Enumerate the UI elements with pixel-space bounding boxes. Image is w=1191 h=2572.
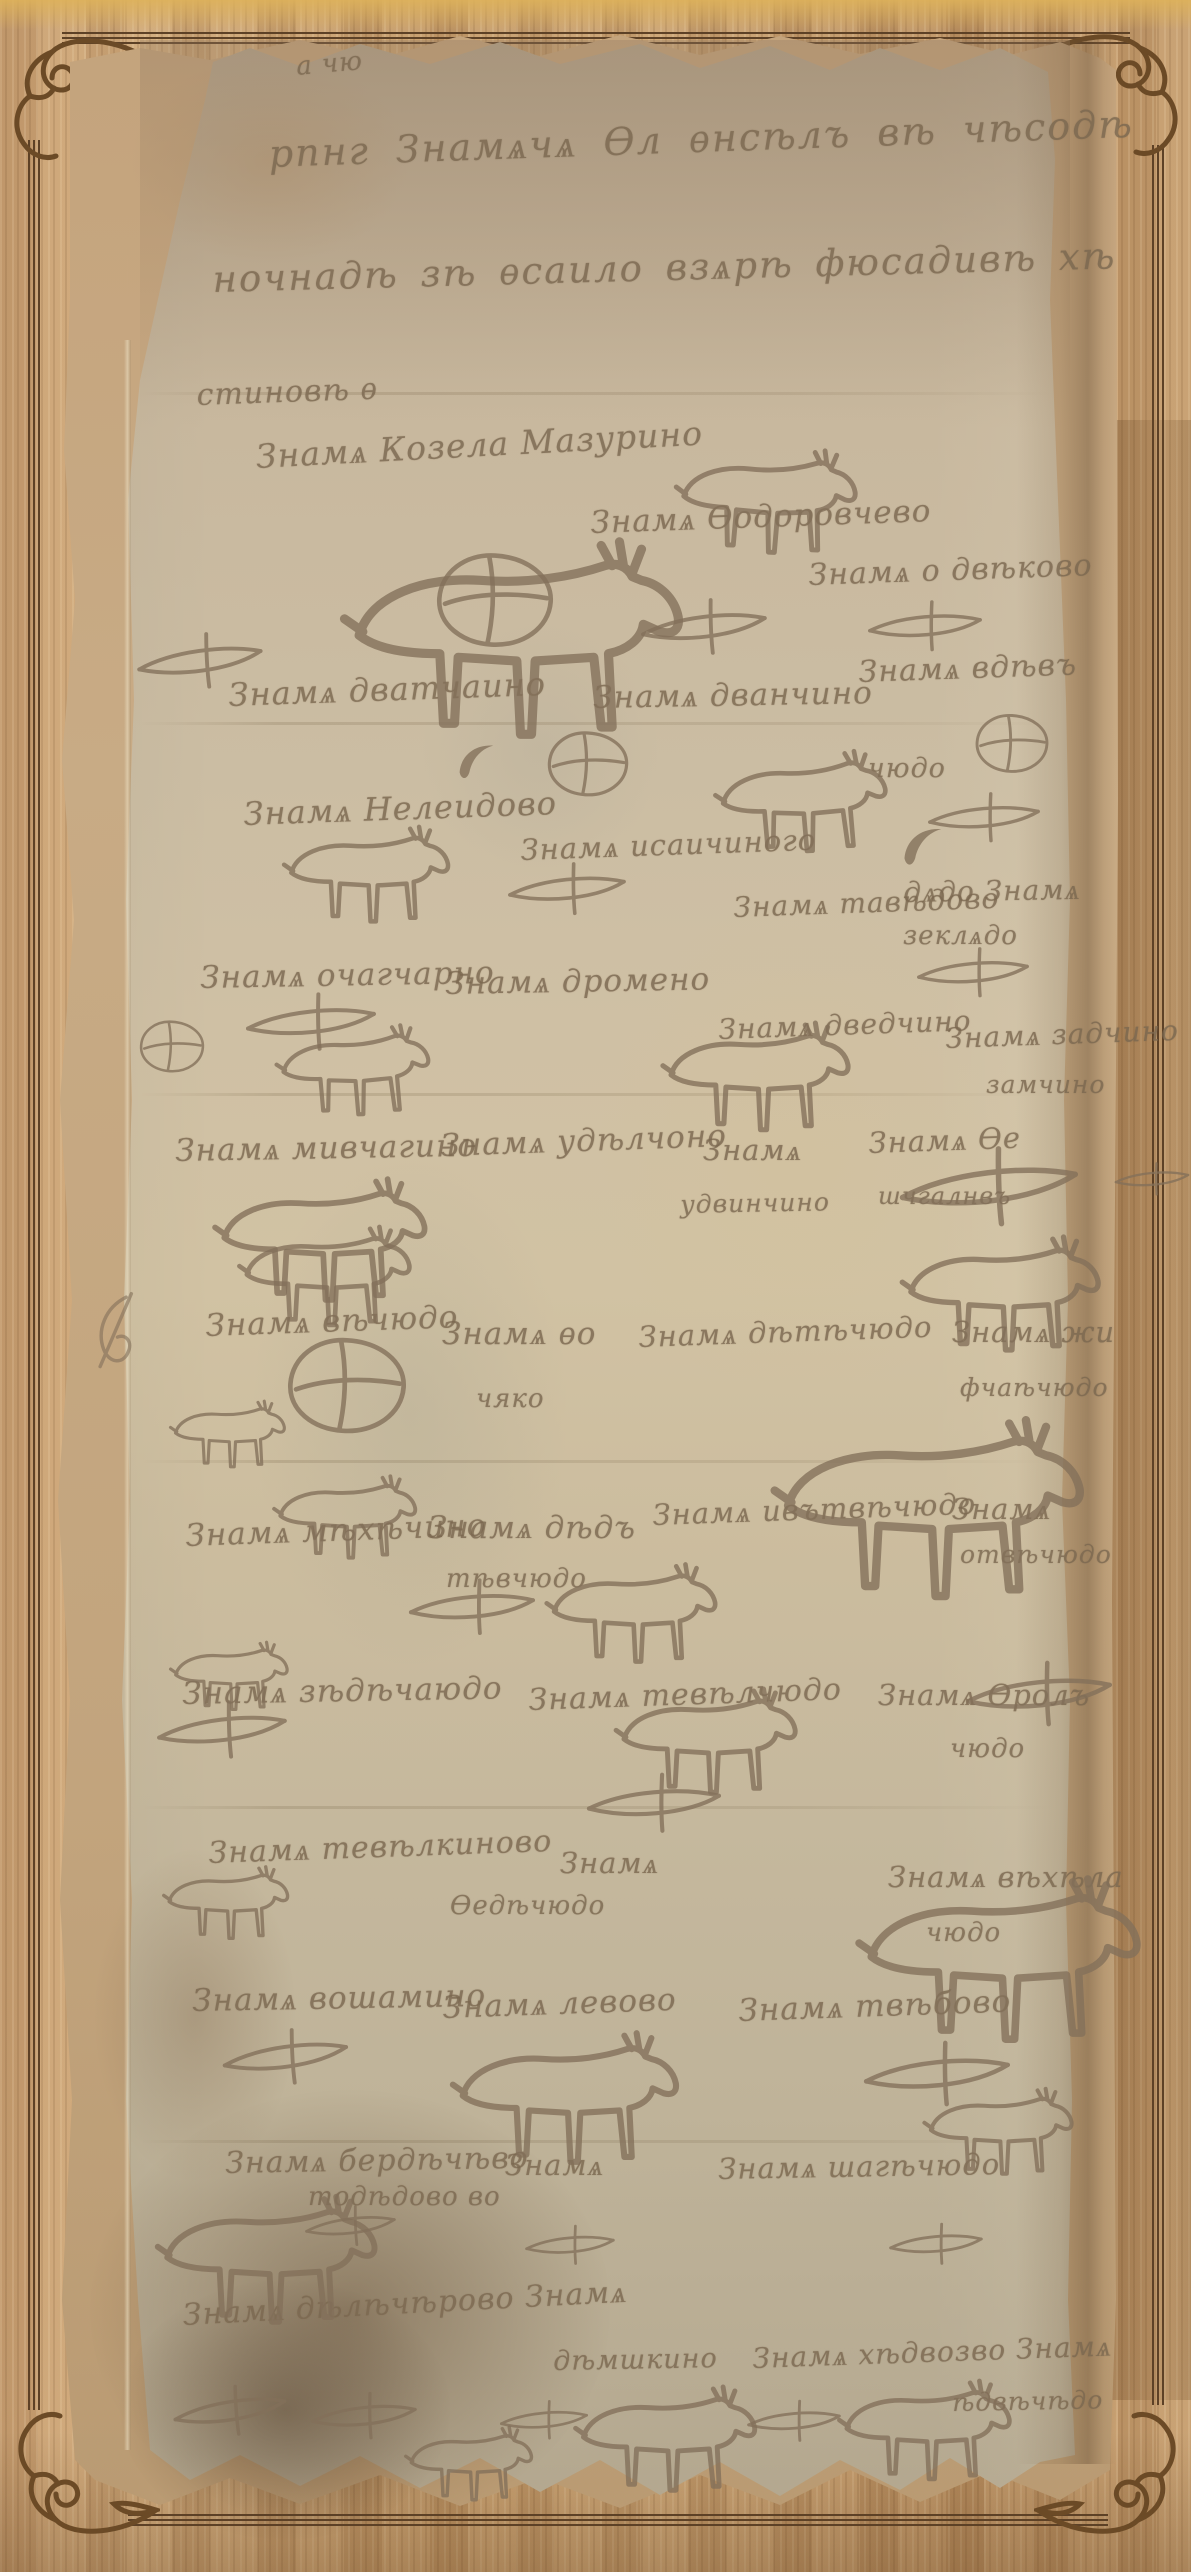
elk-pictograph (268, 826, 473, 934)
bow-and-arrow-mark (302, 2387, 427, 2445)
elk-pictograph (686, 748, 925, 868)
entry-caption: Знамѧ дѣдъ (428, 1510, 636, 1546)
bow-and-arrow-mark (136, 1692, 308, 1768)
entry-caption: Знамѧ ѳо (442, 1316, 596, 1352)
bow-and-arrow-mark (936, 1653, 1141, 1735)
framed-manuscript-photo: а чю рпнг Знамѧчѧ Ѳл ѳнсѣлъ вѣ чѣсодѣ но… (0, 0, 1191, 2572)
bow-and-arrow-mark (897, 942, 1049, 1002)
stain (140, 40, 1070, 430)
header-fragment: а чю (295, 46, 364, 82)
elk-pictograph (634, 443, 906, 570)
entry-caption: удвинчино (680, 1187, 830, 1219)
circle-cross-mark (426, 550, 564, 652)
circle-cross-mark (281, 1330, 413, 1443)
bow-and-arrow-mark (631, 591, 777, 663)
entry-subcaption: Ѳедѣчюдо (450, 1891, 605, 1921)
bow-and-arrow-mark (220, 985, 401, 1058)
circle-cross-mark (952, 712, 1072, 776)
frame-line-left (28, 140, 40, 2410)
bow-and-arrow-mark (875, 2219, 997, 2269)
elk-pictograph (768, 1408, 1103, 1630)
bow-and-arrow-mark (497, 2396, 590, 2443)
elk-pictograph (161, 1846, 297, 1968)
circle-cross-mark (543, 726, 633, 803)
bow-and-arrow-mark (845, 595, 1005, 656)
bow-and-arrow-mark (387, 1573, 557, 1641)
crescent-mark (450, 740, 514, 782)
elk-pictograph (618, 1022, 903, 1144)
bow-and-arrow-mark (880, 1136, 1098, 1239)
entry-caption: дѧдо Знамѧ (903, 873, 1081, 910)
crescent-mark (893, 823, 965, 869)
loop-slash-doodle (88, 1292, 140, 1370)
bow-and-arrow-mark (826, 2032, 1047, 2115)
entry-caption: Знамѧ (560, 1846, 659, 1881)
bow-and-arrow-mark (732, 2396, 856, 2446)
bow-and-arrow-mark (497, 856, 638, 921)
entry-subcaption: замчино (986, 1070, 1105, 1099)
bow-and-arrow-mark (302, 2200, 400, 2253)
bow-and-arrow-mark (124, 624, 277, 699)
bow-and-arrow-mark (1112, 1137, 1191, 1222)
circle-cross-mark (136, 1016, 208, 1078)
elk-pictograph (543, 1553, 728, 1685)
wood-shadow-right (1108, 420, 1191, 2400)
entry-subcaption: чяко (476, 1384, 545, 1414)
bow-and-arrow-mark (520, 2221, 619, 2268)
elk-pictograph (448, 2023, 693, 2188)
header-line: стиновѣ ѳ (196, 372, 379, 413)
elk-pictograph (195, 1226, 463, 1338)
entry-subcaption: чюдо (950, 1734, 1025, 1764)
entry-caption: Знамѧ дромено (445, 961, 710, 1002)
entry-caption: дѣмшкино (553, 2343, 718, 2377)
bow-and-arrow-mark (527, 1766, 781, 1841)
entry-caption: Знамѧ мивчагино (175, 1128, 477, 1169)
